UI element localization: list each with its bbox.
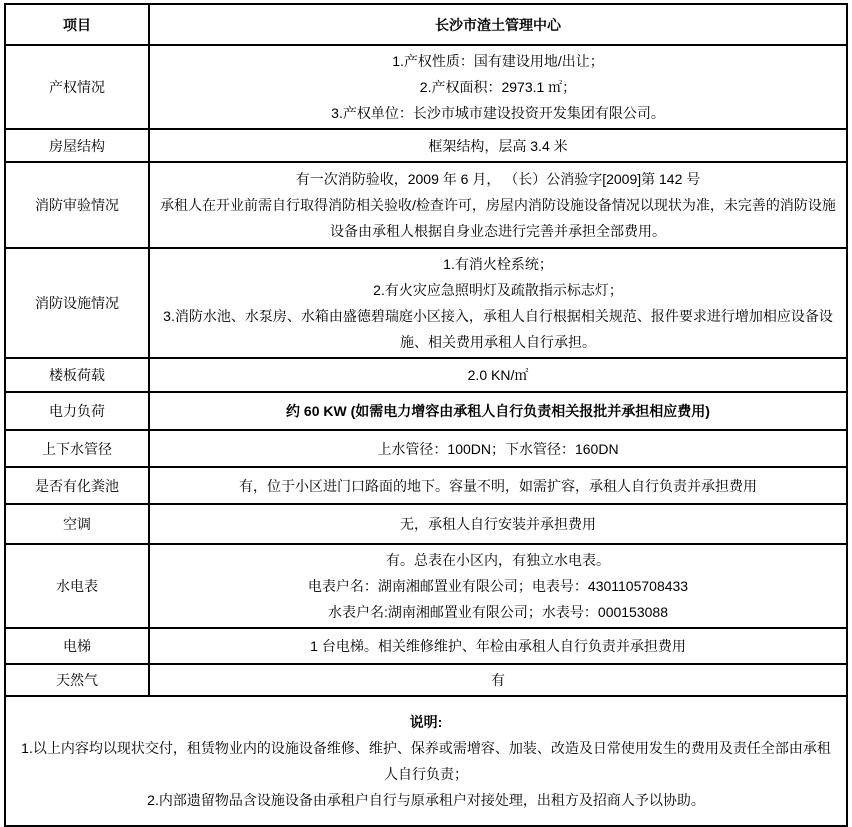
row-label-septic-tank: 是否有化粪池 — [5, 467, 149, 504]
table-row: 消防设施情况 1.有消火栓系统； 2.有火灾应急照明灯及疏散指示标志灯； 3.消… — [5, 248, 847, 358]
table-row: 房屋结构 框架结构，层高 3.4 米 — [5, 129, 847, 162]
row-value-water-pipes: 上水管径：100DN；下水管径：160DN — [149, 430, 847, 467]
row-value-ownership: 1.产权性质：国有建设用地/出让； 2.产权面积：2973.1 ㎡； 3.产权单… — [149, 45, 847, 129]
row-label-water-pipes: 上下水管径 — [5, 430, 149, 467]
row-label-structure: 房屋结构 — [5, 129, 149, 162]
table-row: 产权情况 1.产权性质：国有建设用地/出让； 2.产权面积：2973.1 ㎡； … — [5, 45, 847, 129]
table-row: 空调 无，承租人自行安装并承担费用 — [5, 504, 847, 544]
table-row: 楼板荷载 2.0 KN/㎡ — [5, 358, 847, 392]
note-item: 2.内部遗留物品含设施设备由承租户自行与原承租户对接处理，出租方及招商人予以协助… — [16, 787, 836, 813]
row-label-fire-inspection: 消防审验情况 — [5, 162, 149, 248]
ownership-line: 2.产权面积：2973.1 ㎡； — [160, 74, 836, 100]
fire-inspection-line: 承租人在开业前需自行取得消防相关验收/检查许可，房屋内消防设施设备情况以现状为准… — [160, 192, 836, 244]
document-page: 项目 长沙市渣土管理中心 产权情况 1.产权性质：国有建设用地/出让； 2.产权… — [0, 0, 852, 808]
row-label-fire-facilities: 消防设施情况 — [5, 248, 149, 358]
ownership-line: 1.产权性质：国有建设用地/出让； — [160, 48, 836, 74]
row-value-fire-facilities: 1.有消火栓系统； 2.有火灾应急照明灯及疏散指示标志灯； 3.消防水池、水泵房… — [149, 248, 847, 358]
row-value-structure: 框架结构，层高 3.4 米 — [149, 129, 847, 162]
table-row: 电梯 1 台电梯。相关维修维护、年检由承租人自行负责并承担费用 — [5, 628, 847, 664]
header-item-label: 项目 — [5, 4, 149, 45]
utility-meters-line: 有。总表在小区内，有独立水电表。 — [160, 547, 836, 573]
row-label-floor-load: 楼板荷载 — [5, 358, 149, 392]
notes-section: 说明: 1.以上内容均以现状交付，租赁物业内的设施设备维修、维护、保养或需增容、… — [5, 696, 847, 826]
table-row: 消防审验情况 有一次消防验收，2009 年 6 月， （长）公消验字[2009]… — [5, 162, 847, 248]
row-label-elevator: 电梯 — [5, 628, 149, 664]
row-label-power-load: 电力负荷 — [5, 392, 149, 430]
row-value-power-load: 约 60 KW (如需电力增容由承租人自行负责相关报批并承担相应费用) — [149, 392, 847, 430]
row-label-natural-gas: 天然气 — [5, 664, 149, 696]
row-value-air-conditioning: 无，承租人自行安装并承担费用 — [149, 504, 847, 544]
row-value-septic-tank: 有，位于小区进门口路面的地下。容量不明，如需扩容，承租人自行负责并承担费用 — [149, 467, 847, 504]
row-value-utility-meters: 有。总表在小区内，有独立水电表。 电表户名：湖南湘邮置业有限公司；电表号：430… — [149, 544, 847, 628]
row-label-air-conditioning: 空调 — [5, 504, 149, 544]
utility-meters-line: 水表户名:湖南湘邮置业有限公司；水表号：000153088 — [160, 599, 836, 625]
notes-row: 说明: 1.以上内容均以现状交付，租赁物业内的设施设备维修、维护、保养或需增容、… — [5, 696, 847, 826]
table-row: 天然气 有 — [5, 664, 847, 696]
fire-facilities-line: 3.消防水池、水泵房、水箱由盛德碧瑞庭小区接入，承租人自行根据相关规范、报件要求… — [160, 303, 836, 355]
note-item: 1.以上内容均以现状交付，租赁物业内的设施设备维修、维护、保养或需增容、加装、改… — [16, 735, 836, 787]
table-row: 上下水管径 上水管径：100DN；下水管径：160DN — [5, 430, 847, 467]
property-info-table: 项目 长沙市渣土管理中心 产权情况 1.产权性质：国有建设用地/出让； 2.产权… — [4, 3, 848, 827]
row-label-utility-meters: 水电表 — [5, 544, 149, 628]
row-value-natural-gas: 有 — [149, 664, 847, 696]
row-value-fire-inspection: 有一次消防验收，2009 年 6 月， （长）公消验字[2009]第 142 号… — [149, 162, 847, 248]
header-title: 长沙市渣土管理中心 — [149, 4, 847, 45]
notes-title: 说明: — [16, 709, 836, 735]
fire-facilities-line: 1.有消火栓系统； — [160, 251, 836, 277]
ownership-line: 3.产权单位：长沙市城市建设投资开发集团有限公司。 — [160, 100, 836, 126]
fire-inspection-line: 有一次消防验收，2009 年 6 月， （长）公消验字[2009]第 142 号 — [160, 166, 836, 192]
header-row: 项目 长沙市渣土管理中心 — [5, 4, 847, 45]
row-label-ownership: 产权情况 — [5, 45, 149, 129]
row-value-elevator: 1 台电梯。相关维修维护、年检由承租人自行负责并承担费用 — [149, 628, 847, 664]
table-row: 水电表 有。总表在小区内，有独立水电表。 电表户名：湖南湘邮置业有限公司；电表号… — [5, 544, 847, 628]
table-row: 是否有化粪池 有，位于小区进门口路面的地下。容量不明，如需扩容，承租人自行负责并… — [5, 467, 847, 504]
table-row: 电力负荷 约 60 KW (如需电力增容由承租人自行负责相关报批并承担相应费用) — [5, 392, 847, 430]
row-value-floor-load: 2.0 KN/㎡ — [149, 358, 847, 392]
utility-meters-line: 电表户名：湖南湘邮置业有限公司；电表号：4301105708433 — [160, 573, 836, 599]
fire-facilities-line: 2.有火灾应急照明灯及疏散指示标志灯； — [160, 277, 836, 303]
